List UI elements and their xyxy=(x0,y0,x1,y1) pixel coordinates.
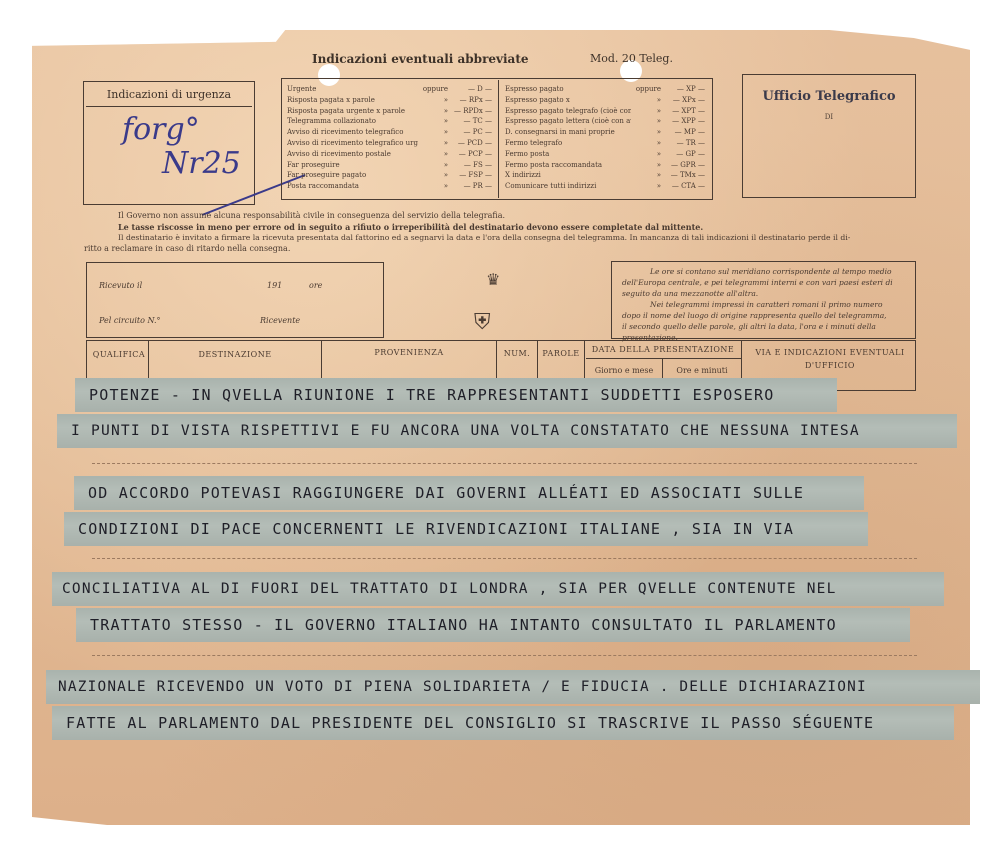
code-label: Fermo posta xyxy=(505,149,631,160)
divider xyxy=(148,340,149,380)
time-note-line: presentazione. xyxy=(622,332,893,343)
code-suffix: oppure xyxy=(631,84,661,95)
code-value: — TR — xyxy=(661,138,705,149)
code-label: Espresso pagato telegrafo (cioè con avvi… xyxy=(505,106,631,117)
form-model: Mod. 20 Teleg. xyxy=(590,52,673,65)
divider xyxy=(86,340,916,341)
time-note-line: Nei telegrammi impressi in caratteri rom… xyxy=(622,299,893,310)
code-row: Fermo telegrafo»— TR — xyxy=(505,138,705,149)
code-row: Avviso di ricevimento postale»— PCP — xyxy=(287,149,492,160)
header-title: Indicazioni eventuali abbreviate xyxy=(312,52,529,66)
code-row: Espresso pagato lettera (cioè con avviso… xyxy=(505,116,705,127)
office-di: DI xyxy=(743,113,915,121)
column-giorno: Giorno e mese xyxy=(587,366,661,375)
divider xyxy=(498,80,499,198)
message-strip: POTENZE - IN QVELLA RIUNIONE I TRE RAPPR… xyxy=(75,378,837,412)
column-ore: Ore e minuti xyxy=(664,366,740,375)
column-provenienza: PROVENIENZA xyxy=(323,348,495,357)
code-suffix: oppure xyxy=(418,84,448,95)
received-label: Ricevuto il xyxy=(99,281,142,290)
code-value: — FS — xyxy=(448,160,492,171)
message-strip: FATTE AL PARLAMENTO DAL PRESIDENTE DEL C… xyxy=(52,706,954,740)
code-value: — RPDx — xyxy=(448,106,492,117)
code-value: — PCP — xyxy=(448,149,492,160)
codes-list-right: Espresso pagatooppure— XP —Espresso paga… xyxy=(505,84,705,192)
code-label: Risposta pagata urgente x parole xyxy=(287,106,418,117)
code-label: Telegramma collazionato xyxy=(287,116,418,127)
code-suffix: » xyxy=(418,160,448,171)
column-via: VIA E INDICAZIONI EVENTUALI D'UFFICIO xyxy=(748,346,912,372)
code-label: Espresso pagato lettera (cioè con avviso… xyxy=(505,116,631,127)
divider xyxy=(915,340,916,390)
shield-emblem-icon: ⛨ xyxy=(474,310,491,335)
divider xyxy=(92,463,917,464)
code-suffix: » xyxy=(418,95,448,106)
receiver-label: Ricevente xyxy=(260,316,300,325)
code-value: — XPP — xyxy=(661,116,705,127)
code-row: Posta raccomandata»— PR — xyxy=(287,181,492,192)
code-suffix: » xyxy=(631,95,661,106)
divider xyxy=(86,106,252,107)
code-suffix: » xyxy=(631,116,661,127)
code-suffix: » xyxy=(418,127,448,138)
code-label: Posta raccomandata xyxy=(287,181,418,192)
code-row: Telegramma collazionato»— TC — xyxy=(287,116,492,127)
code-label: Espresso pagato xyxy=(505,84,631,95)
message-strip: TRATTATO STESSO - IL GOVERNO ITALIANO HA… xyxy=(76,608,910,642)
code-value: — XP — xyxy=(661,84,705,95)
code-suffix: » xyxy=(418,149,448,160)
message-strip: I PUNTI DI VISTA RISPETTIVI E FU ANCORA … xyxy=(57,414,957,448)
office-box: Ufficio Telegrafico DI xyxy=(742,74,916,198)
column-parole: PAROLE xyxy=(539,349,583,358)
crown-emblem-icon: ♛ xyxy=(486,270,500,289)
code-label: D. consegnarsi in mani proprie xyxy=(505,127,631,138)
message-strip: CONCILIATIVA AL DI FUORI DEL TRATTATO DI… xyxy=(52,572,944,606)
code-label: Fermo posta raccomandata xyxy=(505,160,631,171)
code-row: Comunicare tutti indirizzi»— CTA — xyxy=(505,181,705,192)
time-note-line: seguito da una mezzanotte all'altra. xyxy=(622,288,893,299)
notice-2: Le tasse riscosse in meno per errore od … xyxy=(118,222,703,232)
handwritten-note-1: forg° xyxy=(122,112,200,147)
code-value: — PR — xyxy=(448,181,492,192)
code-label: X indirizzi xyxy=(505,170,631,181)
code-row: Far proseguire pagato»— FSP — xyxy=(287,170,492,181)
code-row: Far proseguire»— FS — xyxy=(287,160,492,171)
notice-1: Il Governo non assume alcuna responsabil… xyxy=(118,211,505,220)
time-note-line: il secondo quello delle parole, gli altr… xyxy=(622,321,893,332)
urgency-title: Indicazioni di urgenza xyxy=(84,88,254,101)
circuit-label: Pel circuito N.° xyxy=(99,316,161,325)
code-label: Far proseguire pagato xyxy=(287,170,418,181)
code-suffix: » xyxy=(418,170,448,181)
code-row: D. consegnarsi in mani proprie»— MP — xyxy=(505,127,705,138)
message-strip: OD ACCORDO POTEVASI RAGGIUNGERE DAI GOVE… xyxy=(74,476,864,510)
column-destinazione: DESTINAZIONE xyxy=(150,350,320,359)
code-value: — RPx — xyxy=(448,95,492,106)
notice-4: ritto a reclamare in caso di ritardo nel… xyxy=(84,244,290,253)
code-label: Comunicare tutti indirizzi xyxy=(505,181,631,192)
message-strip: NAZIONALE RICEVENDO UN VOTO DI PIENA SOL… xyxy=(46,670,980,704)
code-suffix: » xyxy=(418,116,448,127)
time-note-line: Le ore si contano sul meridiano corrispo… xyxy=(622,266,893,277)
code-row: Fermo posta raccomandata»— GPR — xyxy=(505,160,705,171)
code-row: Espresso pagato x»— XPx — xyxy=(505,95,705,106)
office-title: Ufficio Telegrafico xyxy=(743,89,915,104)
code-suffix: » xyxy=(631,127,661,138)
code-row: Avviso di ricevimento telegrafico urgent… xyxy=(287,138,492,149)
code-label: Fermo telegrafo xyxy=(505,138,631,149)
code-row: Espresso pagato telegrafo (cioè con avvi… xyxy=(505,106,705,117)
code-suffix: » xyxy=(418,106,448,117)
time-note-line: dopo il nome del luogo di origine rappre… xyxy=(622,310,893,321)
divider xyxy=(92,655,917,656)
code-value: — MP — xyxy=(661,127,705,138)
message-strip: CONDIZIONI DI PACE CONCERNENTI LE RIVEND… xyxy=(64,512,868,546)
code-label: Espresso pagato x xyxy=(505,95,631,106)
year-label: 191 xyxy=(267,281,282,290)
code-value: — D — xyxy=(448,84,492,95)
code-row: Risposta pagata x parole»— RPx — xyxy=(287,95,492,106)
time-note: Le ore si contano sul meridiano corrispo… xyxy=(622,266,893,343)
code-suffix: » xyxy=(418,181,448,192)
code-value: — XPx — xyxy=(661,95,705,106)
code-value: — GPR — xyxy=(661,160,705,171)
code-label: Avviso di ricevimento telegrafico urgent… xyxy=(287,138,418,149)
code-suffix: » xyxy=(631,149,661,160)
code-value: — FSP — xyxy=(448,170,492,181)
code-row: Espresso pagatooppure— XP — xyxy=(505,84,705,95)
code-label: Far proseguire xyxy=(287,160,418,171)
code-suffix: » xyxy=(631,181,661,192)
code-value: — TMx — xyxy=(661,170,705,181)
code-row: Urgenteoppure— D — xyxy=(287,84,492,95)
divider xyxy=(496,340,497,380)
code-suffix: » xyxy=(631,106,661,117)
code-row: Fermo posta»— GP — xyxy=(505,149,705,160)
code-label: Avviso di ricevimento postale xyxy=(287,149,418,160)
divider xyxy=(321,340,322,380)
divider xyxy=(586,358,741,359)
column-num: NUM. xyxy=(498,349,536,358)
time-note-line: dell'Europa centrale, e pei telegrammi i… xyxy=(622,277,893,288)
code-row: X indirizzi»— TMx — xyxy=(505,170,705,181)
code-value: — PC — xyxy=(448,127,492,138)
divider xyxy=(92,558,917,559)
code-value: — CTA — xyxy=(661,181,705,192)
code-label: Avviso di ricevimento telegrafico xyxy=(287,127,418,138)
column-data: DATA DELLA PRESENTAZIONE xyxy=(585,345,741,354)
codes-list-left: Urgenteoppure— D —Risposta pagata x paro… xyxy=(287,84,492,192)
code-suffix: » xyxy=(631,160,661,171)
code-value: — PCD — xyxy=(448,138,492,149)
code-value: — XPT — xyxy=(661,106,705,117)
code-value: — TC — xyxy=(448,116,492,127)
hours-label: ore xyxy=(309,281,322,290)
code-value: — GP — xyxy=(661,149,705,160)
code-label: Risposta pagata x parole xyxy=(287,95,418,106)
code-suffix: » xyxy=(631,138,661,149)
column-qualifica: QUALIFICA xyxy=(90,350,148,359)
code-label: Urgente xyxy=(287,84,418,95)
code-suffix: » xyxy=(631,170,661,181)
notice-3: Il destinatario è invitato a firmare la … xyxy=(118,233,850,242)
divider xyxy=(537,340,538,380)
reception-box: Ricevuto il 191 ore Pel circuito N.° Ric… xyxy=(86,262,384,338)
code-suffix: » xyxy=(418,138,448,149)
code-row: Risposta pagata urgente x parole»— RPDx … xyxy=(287,106,492,117)
code-row: Avviso di ricevimento telegrafico»— PC — xyxy=(287,127,492,138)
